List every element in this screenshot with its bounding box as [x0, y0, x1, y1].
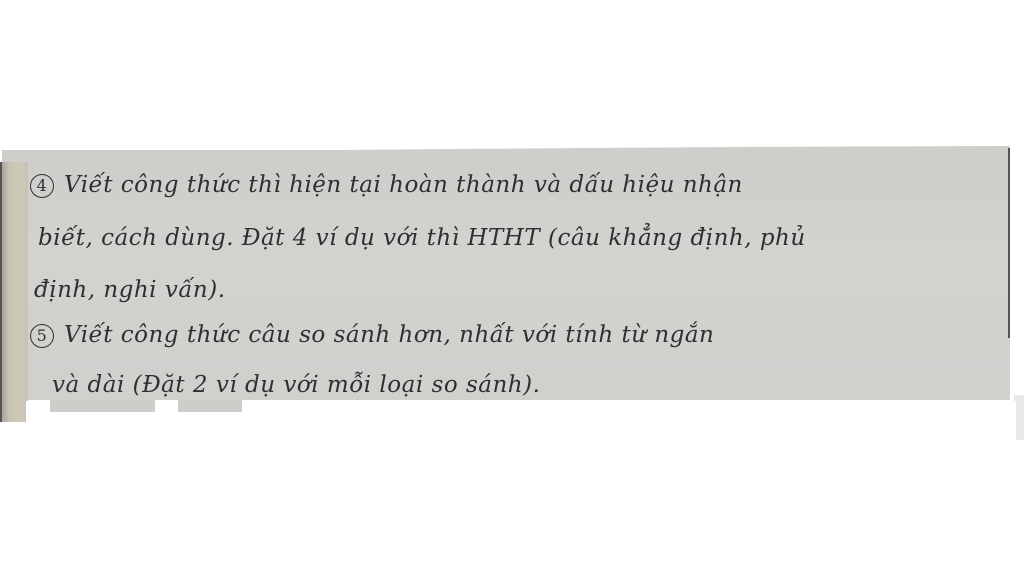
text-line: Viết công thức câu so sánh hơn, nhất với…: [64, 322, 714, 348]
paper-scrap: [178, 400, 242, 412]
item-number-badge: 5: [30, 324, 54, 348]
text-line: định, nghi vấn).: [34, 277, 226, 303]
text-line: Viết công thức thì hiện tại hoàn thành v…: [64, 172, 743, 198]
item-5-line-1: 5Viết công thức câu so sánh hơn, nhất vớ…: [30, 322, 714, 348]
handwritten-text: 4Viết công thức thì hiện tại hoàn thành …: [30, 150, 1015, 400]
item-4-line-3: định, nghi vấn).: [34, 277, 226, 303]
paper-scrap: [50, 400, 155, 412]
item-5-line-2: và dài (Đặt 2 ví dụ với mỗi loại so sánh…: [52, 372, 540, 398]
cropped-area: [26, 401, 1016, 441]
item-number-badge: 4: [30, 174, 54, 198]
item-4-line-2: biết, cách dùng. Đặt 4 ví dụ với thì HTH…: [38, 225, 806, 251]
text-line: biết, cách dùng. Đặt 4 ví dụ với thì HTH…: [38, 225, 806, 251]
text-line: và dài (Đặt 2 ví dụ với mỗi loại so sánh…: [52, 372, 540, 398]
notebook-binding-edge: [0, 162, 28, 422]
item-4-line-1: 4Viết công thức thì hiện tại hoàn thành …: [30, 172, 743, 198]
